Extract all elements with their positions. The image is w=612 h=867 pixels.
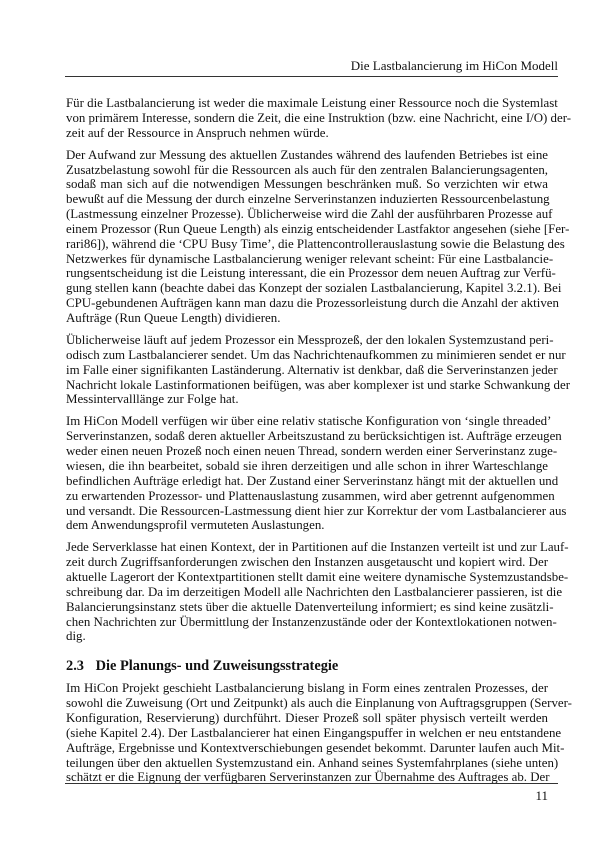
text-line: sowohl die Zuweisung (Ort und Zeitpunkt)… bbox=[66, 696, 548, 711]
text-line: Serverinstanzen, sodaß deren aktueller A… bbox=[66, 429, 548, 444]
text-line: befindlichen Aufträge erledigt hat. Der … bbox=[66, 474, 548, 489]
text-line: (Lastmessung einzelner Prozesse). Üblich… bbox=[66, 207, 548, 222]
text-line: Konfiguration, Reservierung) durchführt.… bbox=[66, 711, 548, 726]
text-line: Der Aufwand zur Messung des aktuellen Zu… bbox=[66, 148, 548, 163]
text-line: CPU-gebundenen Aufträgen kann man dazu d… bbox=[66, 296, 548, 311]
text-line: Messintervalllänge zur Folge hat. bbox=[66, 392, 548, 407]
text-line: weder einen neuen Prozeß noch einen neue… bbox=[66, 444, 548, 459]
text-line: gung stellen kann (beachte dabei das Kon… bbox=[66, 281, 548, 296]
text-line: Jede Serverklasse hat einen Kontext, der… bbox=[66, 540, 548, 555]
text-line: zeit auf der Ressource in Anspruch nehme… bbox=[66, 126, 548, 141]
text-line: von primärem Interesse, sondern die Zeit… bbox=[66, 111, 548, 126]
section-title: Die Planungs- und Zuweisungsstrategie bbox=[96, 658, 339, 674]
running-header: Die Lastbalancierung im HiCon Modell bbox=[65, 58, 558, 73]
section-heading: 2.3 Die Planungs- und Zuweisungsstrategi… bbox=[66, 658, 548, 675]
paragraphs-before-section: Für die Lastbalancierung ist weder die m… bbox=[66, 96, 548, 644]
section-number: 2.3 bbox=[66, 658, 84, 674]
text-line: Aufträge (Run Queue Length) dividieren. bbox=[66, 311, 548, 326]
text-line: teilungen über den aktuellen Systemzusta… bbox=[66, 756, 548, 771]
text-line: Balancierungsinstanz stets über die aktu… bbox=[66, 600, 548, 615]
body-text: Für die Lastbalancierung ist weder die m… bbox=[66, 96, 548, 792]
text-line: zeit durch Zugriffsanforderungen zwische… bbox=[66, 555, 548, 570]
paragraph: Für die Lastbalancierung ist weder die m… bbox=[66, 96, 548, 141]
footer-rule bbox=[65, 783, 558, 784]
text-line: Netzwerkes für dynamische Lastbalancieru… bbox=[66, 252, 548, 267]
paragraph: Im HiCon Modell verfügen wir über eine r… bbox=[66, 414, 548, 533]
text-line: rari86]), während die ‘CPU Busy Time’, d… bbox=[66, 237, 548, 252]
header-rule bbox=[65, 76, 558, 77]
text-line: (siehe Kapitel 2.4). Der Lastbalancierer… bbox=[66, 726, 548, 741]
text-line: dig. bbox=[66, 629, 548, 644]
paragraph: Im HiCon Projekt geschieht Lastbalancier… bbox=[66, 681, 548, 785]
page-number: 11 bbox=[65, 788, 548, 803]
paragraph: Jede Serverklasse hat einen Kontext, der… bbox=[66, 540, 548, 644]
text-line: Aufträge, Ergebnisse und Kontextverschie… bbox=[66, 741, 548, 756]
text-line: zu erwartenden Prozessor- und Plattenaus… bbox=[66, 489, 548, 504]
text-line: und versandt. Die Ressourcen-Lastmessung… bbox=[66, 504, 548, 519]
text-line: odisch zum Lastbalancierer sendet. Um da… bbox=[66, 348, 548, 363]
text-line: im Falle einer signifikanten Laständerun… bbox=[66, 363, 548, 378]
text-line: rungsentscheidung ist die Leistung inter… bbox=[66, 266, 548, 281]
text-line: chen Nachrichten zur Übermittlung der In… bbox=[66, 615, 548, 630]
text-line: Im HiCon Projekt geschieht Lastbalancier… bbox=[66, 681, 548, 696]
paragraphs-after-section: Im HiCon Projekt geschieht Lastbalancier… bbox=[66, 681, 548, 785]
text-line: sodaß man sich auf die notwendigen Messu… bbox=[66, 177, 548, 192]
paragraph: Üblicherweise läuft auf jedem Prozessor … bbox=[66, 333, 548, 407]
text-line: wiesen, die ihn bearbeitet, sobald sie i… bbox=[66, 459, 548, 474]
text-line: bewußt auf die Messung der durch einzeln… bbox=[66, 192, 548, 207]
text-line: Für die Lastbalancierung ist weder die m… bbox=[66, 96, 548, 111]
document-page: Die Lastbalancierung im HiCon Modell Für… bbox=[0, 0, 612, 867]
text-line: dem Anwendungsprofil vermuteten Auslastu… bbox=[66, 518, 548, 533]
text-line: Im HiCon Modell verfügen wir über eine r… bbox=[66, 414, 548, 429]
paragraph: Der Aufwand zur Messung des aktuellen Zu… bbox=[66, 148, 548, 326]
text-line: schreibung dar. Da im derzeitigen Modell… bbox=[66, 585, 548, 600]
text-line: Nachricht lokale Lastinformationen beifü… bbox=[66, 378, 548, 393]
text-line: Zusatzbelastung sowohl für die Ressource… bbox=[66, 163, 548, 178]
text-line: Üblicherweise läuft auf jedem Prozessor … bbox=[66, 333, 548, 348]
text-line: einem Prozessor (Run Queue Length) als e… bbox=[66, 222, 548, 237]
text-line: aktuelle Lagerort der Kontextpartitionen… bbox=[66, 570, 548, 585]
